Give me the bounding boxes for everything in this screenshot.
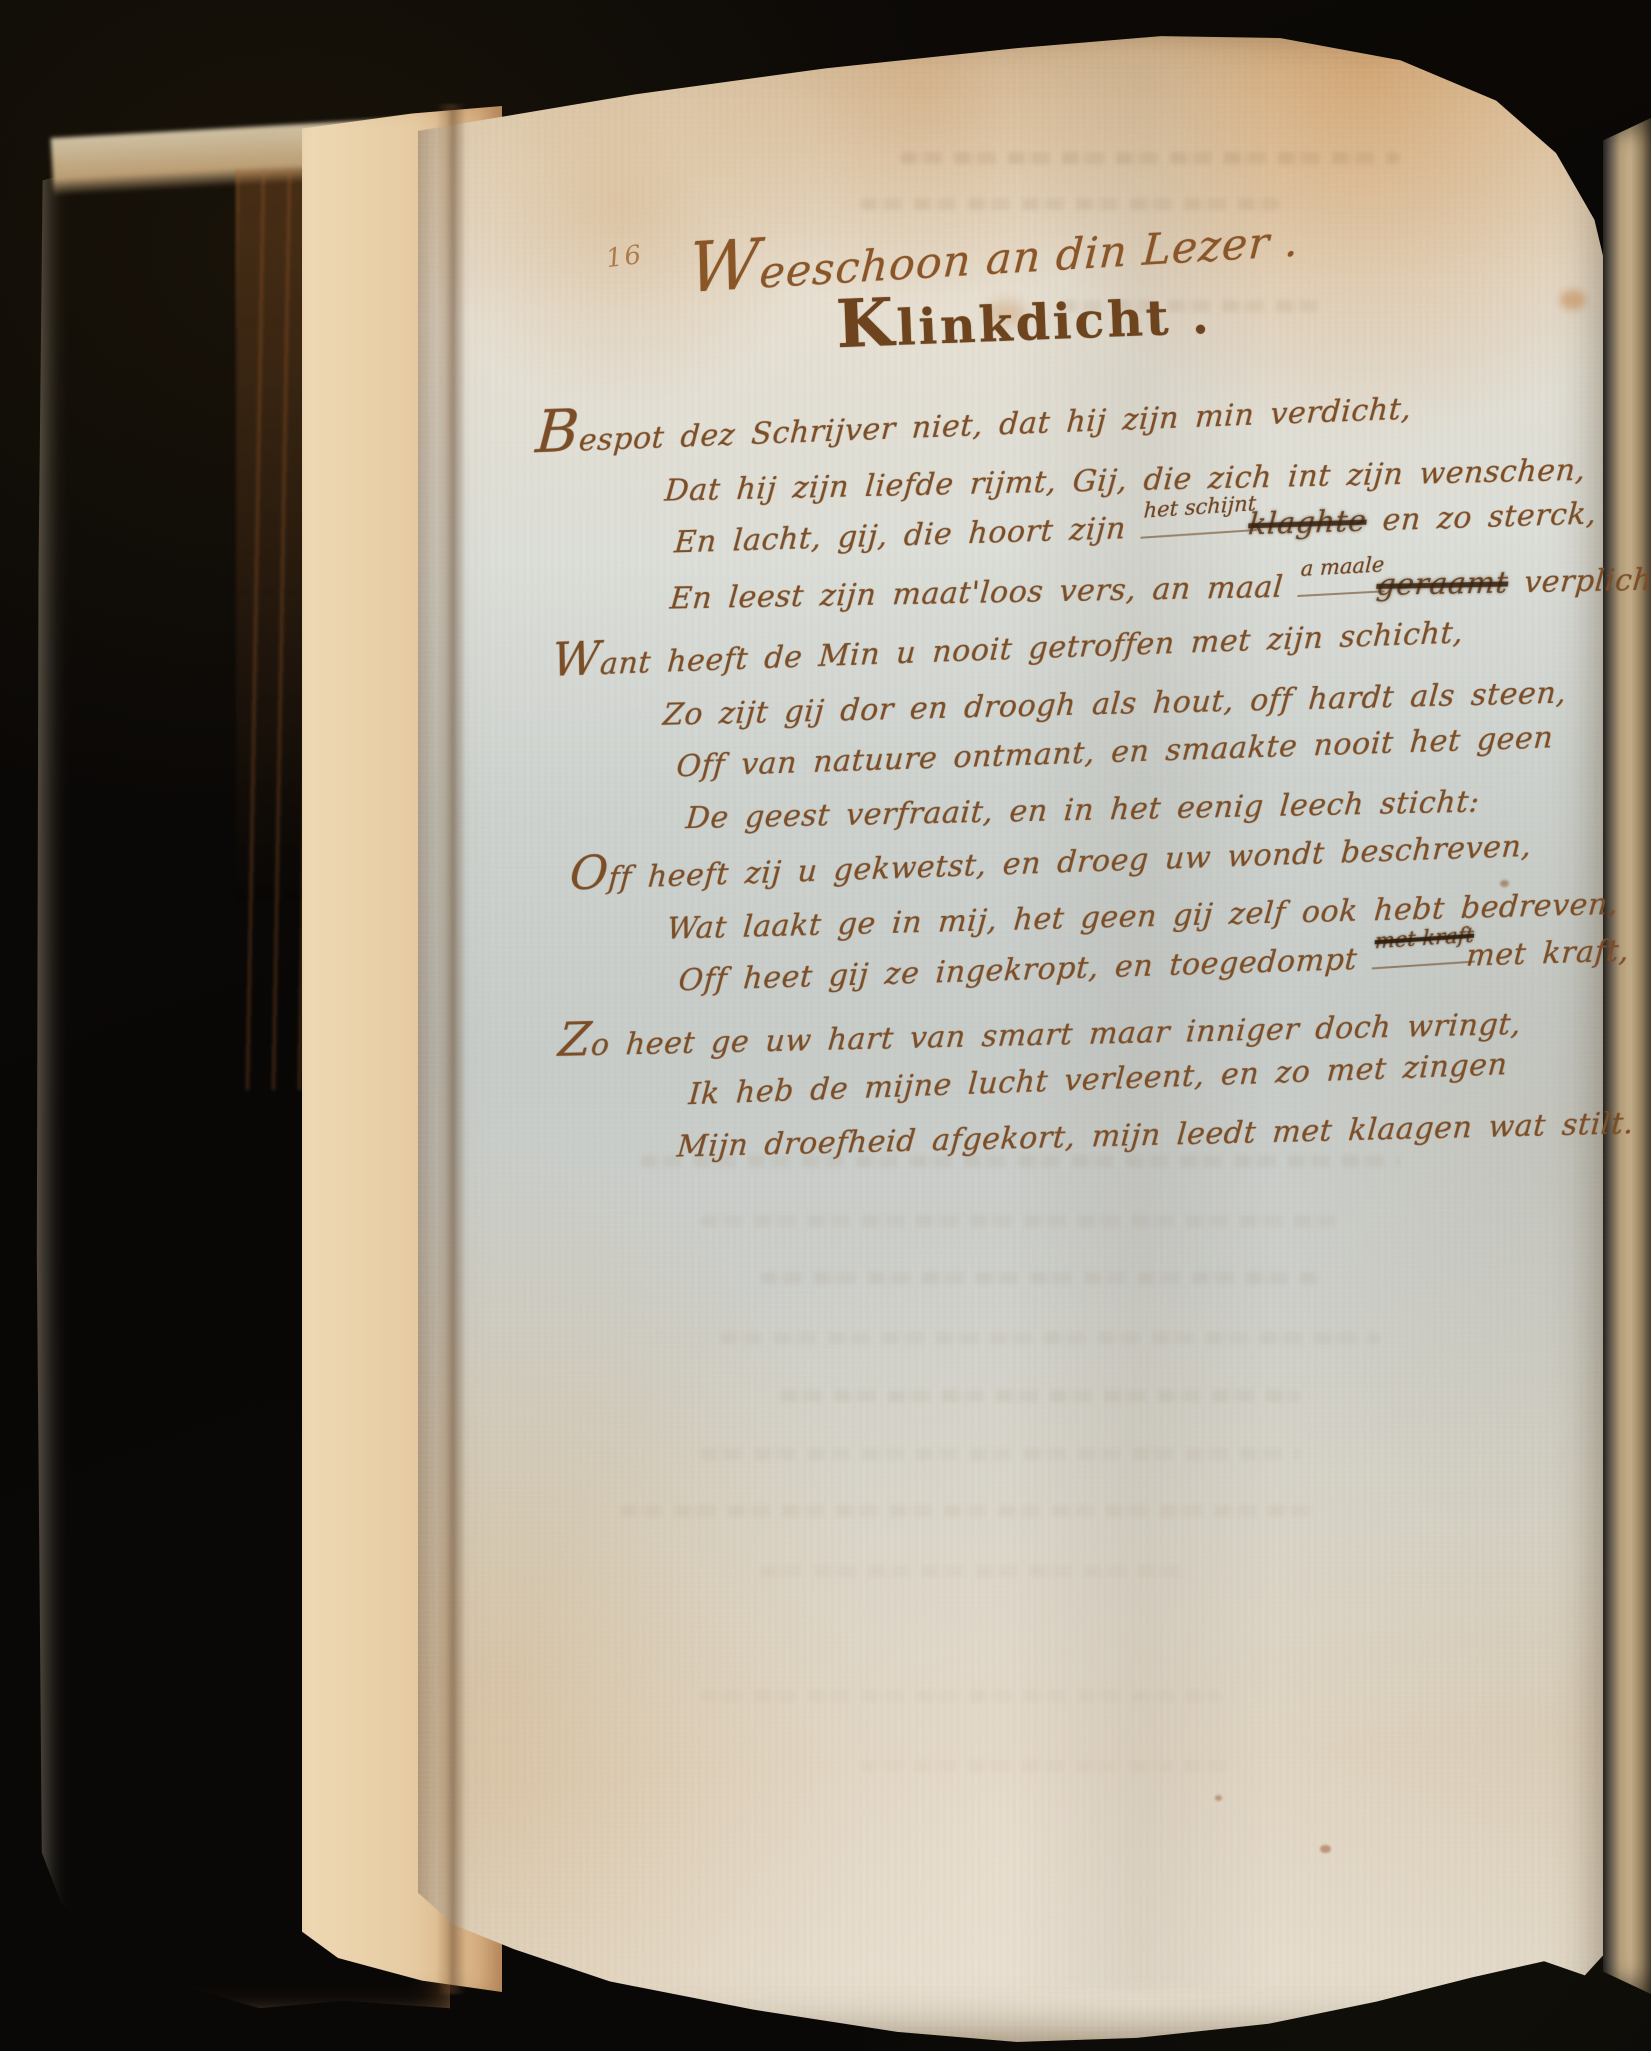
inserted-correction: met kraft <box>1372 909 1477 970</box>
ghost-text-line <box>700 1690 1220 1702</box>
crossed-out-word: klaghte <box>1247 504 1368 543</box>
ghost-text-line <box>760 1565 1190 1577</box>
ghost-text-line <box>860 1760 1240 1772</box>
ink-speck <box>1215 1795 1222 1801</box>
poem-text: En leest zijn maat'loos vers, an maal <box>669 569 1301 616</box>
ghost-text-line <box>780 1390 1300 1402</box>
ghost-text-line <box>700 1215 1340 1227</box>
swash-initial: W <box>550 631 602 687</box>
poem-text: met kraft, <box>1465 934 1630 974</box>
ink-speck <box>1320 1845 1331 1853</box>
swash-initial: O <box>568 845 611 900</box>
ghost-text-line <box>900 152 1400 164</box>
ghost-text-line <box>720 1332 1380 1344</box>
poem-text: En lacht, gij, die hoort zijn <box>673 511 1143 561</box>
stain-spot <box>1560 290 1586 310</box>
crossed-out-word: geraamt <box>1375 565 1510 603</box>
swash-initial: Z <box>557 1012 594 1067</box>
poem-title: Klinkdicht . <box>835 271 1213 363</box>
ghost-text-line <box>760 1272 1320 1284</box>
poem-text: en zo sterck, <box>1365 496 1598 538</box>
ghost-text-line <box>700 1448 1300 1460</box>
marginal-folio-mark: 16 <box>604 240 644 274</box>
ghost-text-line <box>620 1505 1320 1517</box>
inserted-correction: a maale <box>1297 538 1387 597</box>
inserted-correction: het schijnt <box>1140 477 1259 539</box>
page-gutter-crease <box>436 104 466 1994</box>
poem: Bespot dez Schrijver niet, dat hij zijn … <box>535 387 1636 1177</box>
swash-initial: B <box>534 396 582 466</box>
poem-text: verplicht. <box>1507 562 1651 600</box>
photograph-of-open-manuscript-book: 16 Weeschoon an din Lezer . Klinkdicht .… <box>0 0 1651 2051</box>
